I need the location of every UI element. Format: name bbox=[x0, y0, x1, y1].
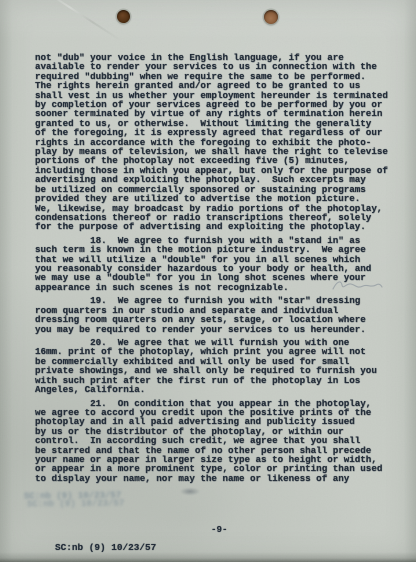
document-page: not "dub" your voice in the English lang… bbox=[0, 0, 416, 562]
body-text: not "dub" your voice in the English lang… bbox=[35, 53, 397, 483]
ink-smudge bbox=[176, 486, 204, 497]
punch-hole-left bbox=[117, 10, 130, 23]
ghost-stamp-line: SC:nb (9) 10/23/57 bbox=[27, 499, 124, 509]
pencil-scribble-annotation bbox=[330, 276, 384, 296]
page-number: -9- bbox=[211, 524, 228, 535]
clause-21-paragraph: 21. On condition that you appear in the … bbox=[35, 399, 397, 484]
punch-hole-right bbox=[264, 10, 278, 24]
paragraph-continuation: not "dub" your voice in the English lang… bbox=[35, 53, 397, 232]
typist-reference: SC:nb (9) 10/23/57 bbox=[55, 542, 156, 553]
clause-19-paragraph: 19. We agree to furnish you with "star" … bbox=[35, 296, 397, 334]
paper-crease bbox=[47, 0, 122, 42]
clause-20-paragraph: 20. We agree that we will furnish you wi… bbox=[35, 338, 397, 394]
ghost-stamp: SC:nb (9) 10/23/57 SC:nb (9) 10/23/57 bbox=[24, 491, 121, 510]
